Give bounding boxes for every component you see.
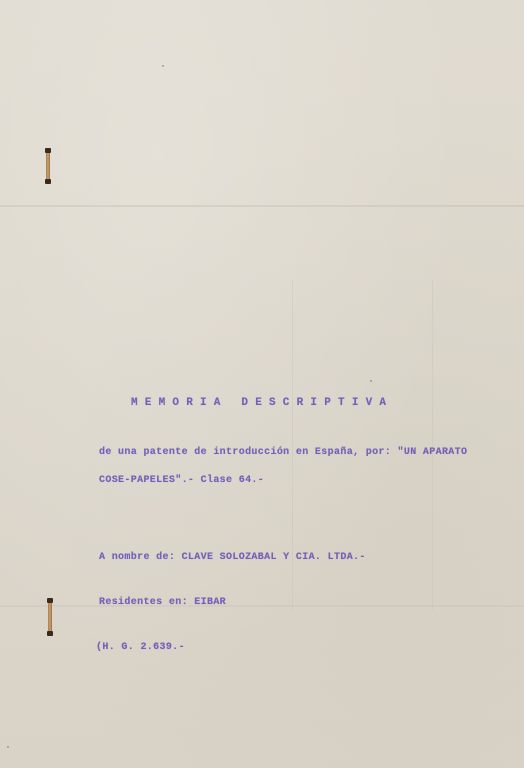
document-title: MEMORIA DESCRIPTIVA: [131, 397, 393, 409]
paper-fold-line: [0, 605, 524, 607]
paper-crease: [432, 280, 433, 610]
residence-line: Residentes en: EIBAR: [99, 597, 226, 608]
reference-number: (H. G. 2.639.-: [96, 642, 185, 653]
staple-top: [46, 150, 50, 182]
patent-description-line-2: COSE-PAPELES".- Clase 64.-: [99, 475, 264, 486]
document-page: MEMORIA DESCRIPTIVA de una patente de in…: [0, 0, 524, 768]
paper-fold-line: [0, 205, 524, 207]
staple-bottom: [48, 600, 52, 634]
paper-speck: [7, 746, 9, 748]
patent-description-line-1: de una patente de introducción en España…: [99, 447, 467, 458]
paper-speck: [370, 380, 372, 382]
paper-speck: [162, 65, 164, 67]
applicant-line: A nombre de: CLAVE SOLOZABAL Y CIA. LTDA…: [99, 552, 366, 563]
